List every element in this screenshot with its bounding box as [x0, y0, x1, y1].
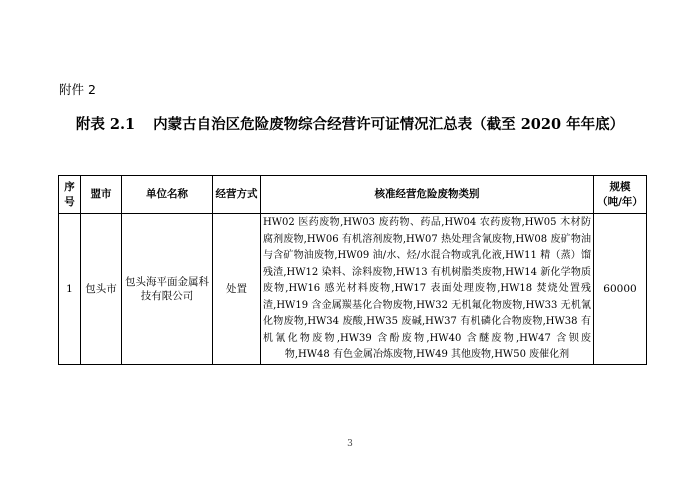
cell-categories: HW02 医药废物,HW03 废药物、药品,HW04 农药废物,HW05 木材防… [261, 214, 594, 365]
table-row: 1 包头市 包头海平面金属科技有限公司 处置 HW02 医药废物,HW03 废药… [59, 214, 647, 365]
header-cell-unit-name: 单位名称 [122, 176, 213, 214]
attachment-label: 附件 2 [59, 83, 96, 97]
cell-index: 1 [59, 214, 81, 365]
header-scale-line2: （吨/年） [596, 195, 644, 210]
header-cell-scale: 规模 （吨/年） [594, 176, 647, 214]
document-title-text: 内蒙古自治区危险废物综合经营许可证情况汇总表（截至 2020 年年底） [153, 116, 624, 133]
header-cell-index: 序号 [59, 176, 81, 214]
page-number: 3 [0, 439, 700, 449]
header-cell-categories: 核准经营危险废物类别 [261, 176, 594, 214]
document-title-number: 附表 2.1 [76, 116, 135, 133]
cell-scale: 60000 [594, 214, 647, 365]
cell-city: 包头市 [81, 214, 122, 365]
cell-unit-name: 包头海平面金属科技有限公司 [122, 214, 213, 365]
document-page: 附件 2 附表 2.1内蒙古自治区危险废物综合经营许可证情况汇总表（截至 202… [0, 0, 700, 494]
table-header-row: 序号 盟市 单位名称 经营方式 核准经营危险废物类别 规模 （吨/年） [59, 176, 647, 214]
document-title: 附表 2.1内蒙古自治区危险废物综合经营许可证情况汇总表（截至 2020 年年底… [0, 114, 700, 135]
header-scale-line1: 规模 [596, 180, 644, 195]
header-cell-city: 盟市 [81, 176, 122, 214]
header-cell-operation-mode: 经营方式 [213, 176, 261, 214]
permits-table: 序号 盟市 单位名称 经营方式 核准经营危险废物类别 规模 （吨/年） 1 包头… [58, 175, 647, 365]
cell-operation-mode: 处置 [213, 214, 261, 365]
categories-text: HW02 医药废物,HW03 废药物、药品,HW04 农药废物,HW05 木材防… [263, 215, 591, 363]
